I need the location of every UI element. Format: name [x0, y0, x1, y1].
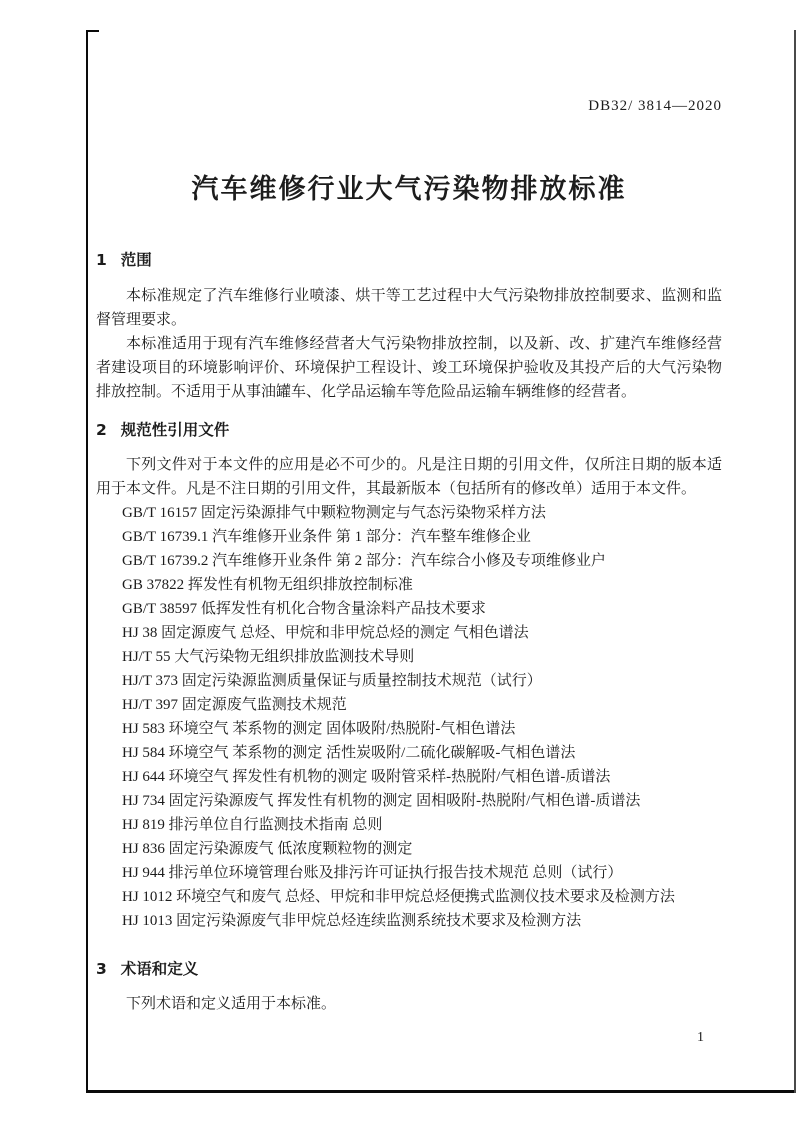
section-2-number: 2	[96, 421, 107, 439]
page-number: 1	[697, 1030, 704, 1046]
reference-item: HJ 644 环境空气 挥发性有机物的测定 吸附管采样-热脱附/气相色谱-质谱法	[96, 765, 722, 789]
reference-item: GB 37822 挥发性有机物无组织排放控制标准	[96, 573, 722, 597]
document-page: DB32/ 3814—2020 汽车维修行业大气污染物排放标准 1范围 本标准规…	[0, 0, 796, 1122]
section-2-heading: 2规范性引用文件	[96, 420, 722, 441]
section-3-paragraph-1: 下列术语和定义适用于本标准。	[96, 992, 722, 1016]
section-1-paragraph-2: 本标准适用于现有汽车维修经营者大气污染物排放控制，以及新、改、扩建汽车维修经营者…	[96, 332, 722, 404]
reference-item: HJ 836 固定污染源废气 低浓度颗粒物的测定	[96, 837, 722, 861]
scan-border-left	[86, 30, 88, 1092]
reference-item: GB/T 38597 低挥发性有机化合物含量涂料产品技术要求	[96, 597, 722, 621]
standard-number: DB32/ 3814—2020	[96, 97, 722, 115]
reference-item: HJ/T 397 固定源废气监测技术规范	[96, 693, 722, 717]
reference-item: HJ 583 环境空气 苯系物的测定 固体吸附/热脱附-气相色谱法	[96, 717, 722, 741]
page-content: DB32/ 3814—2020 汽车维修行业大气污染物排放标准 1范围 本标准规…	[96, 0, 722, 1016]
scan-border-bottom	[86, 1090, 796, 1093]
reference-item: HJ 38 固定源废气 总烃、甲烷和非甲烷总烃的测定 气相色谱法	[96, 621, 722, 645]
section-1-paragraph-1: 本标准规定了汽车维修行业喷漆、烘干等工艺过程中大气污染物排放控制要求、监测和监督…	[96, 284, 722, 332]
reference-item: GB/T 16739.1 汽车维修开业条件 第 1 部分：汽车整车维修企业	[96, 525, 722, 549]
reference-item: HJ 944 排污单位环境管理台账及排污许可证执行报告技术规范 总则（试行）	[96, 861, 722, 885]
reference-item: HJ/T 373 固定污染源监测质量保证与质量控制技术规范（试行）	[96, 669, 722, 693]
section-1-label: 范围	[121, 251, 152, 269]
reference-item: HJ 1012 环境空气和废气 总烃、甲烷和非甲烷总烃便携式监测仪技术要求及检测…	[96, 885, 722, 909]
section-3-number: 3	[96, 960, 107, 978]
section-1-number: 1	[96, 251, 107, 269]
section-1-heading: 1范围	[96, 250, 722, 271]
section-2-paragraph-1: 下列文件对于本文件的应用是必不可少的。凡是注日期的引用文件，仅所注日期的版本适用…	[96, 453, 722, 501]
document-title: 汽车维修行业大气污染物排放标准	[96, 173, 722, 207]
reference-item: GB/T 16157 固定污染源排气中颗粒物测定与气态污染物采样方法	[96, 501, 722, 525]
section-3-label: 术语和定义	[121, 960, 199, 978]
reference-item: HJ 819 排污单位自行监测技术指南 总则	[96, 813, 722, 837]
reference-item: HJ 734 固定污染源废气 挥发性有机物的测定 固相吸附-热脱附/气相色谱-质…	[96, 789, 722, 813]
reference-item: HJ 1013 固定污染源废气非甲烷总烃连续监测系统技术要求及检测方法	[96, 909, 722, 933]
section-3-heading: 3术语和定义	[96, 959, 722, 980]
reference-item: GB/T 16739.2 汽车维修开业条件 第 2 部分：汽车综合小修及专项维修…	[96, 549, 722, 573]
reference-item: HJ/T 55 大气污染物无组织排放监测技术导则	[96, 645, 722, 669]
normative-references-list: GB/T 16157 固定污染源排气中颗粒物测定与气态污染物采样方法 GB/T …	[96, 501, 722, 933]
section-2-label: 规范性引用文件	[121, 421, 230, 439]
reference-item: HJ 584 环境空气 苯系物的测定 活性炭吸附/二硫化碳解吸-气相色谱法	[96, 741, 722, 765]
